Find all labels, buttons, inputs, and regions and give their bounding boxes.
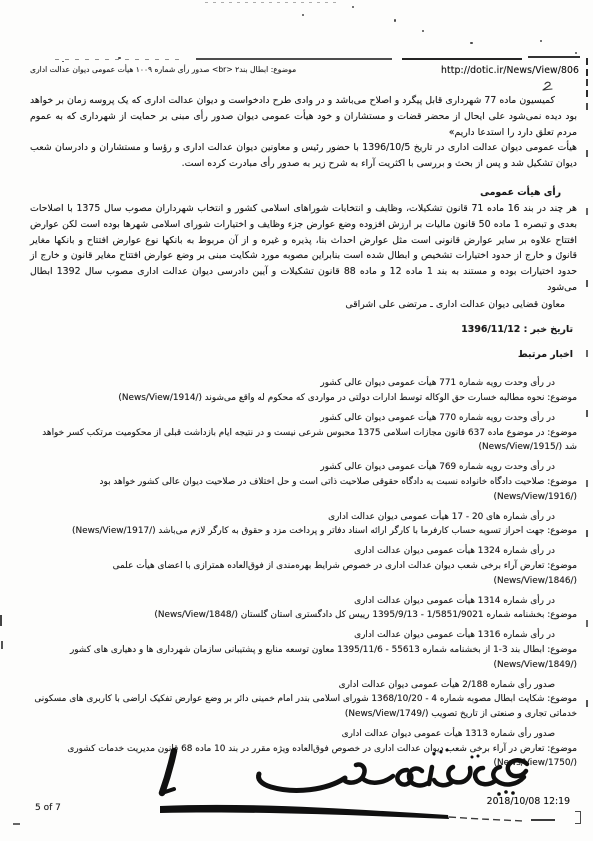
related-news-subject: موضوع: در موضوع ماده 637 قانون مجازات اس… [30, 426, 577, 456]
related-news-subject: موضوع: شکایت ابطال مصوبه شماره 4 - 1368/… [30, 692, 577, 722]
related-news-title: در رأی وحدت رویه شماره 771 هیأت عمومی دی… [30, 376, 577, 391]
related-news-title: در رأی شماره 1324 هیأت عمومی دیوان عدالت… [30, 544, 577, 559]
related-news-title: در رأی شماره های 20 - 17 هیأت عمومی دیوا… [30, 510, 577, 525]
related-news-title: در رأی وحدت رویه شماره 770 هیأت عمومی دی… [30, 411, 577, 426]
scan-speck [62, 61, 64, 62]
related-news-item: صدور رأی شماره 1313 هیأت عمومی دیوان عدا… [30, 727, 577, 771]
related-news-title: در رأی شماره 1316 هیأت عمومی دیوان عدالت… [30, 628, 577, 643]
related-news-subject: موضوع: ابطال بند 3-1 از بخشنامه شماره 55… [30, 643, 577, 673]
scan-speck [1, 641, 3, 649]
scan-dash-mark [531, 819, 555, 821]
source-url: http://dotic.ir/News/View/806 [441, 65, 579, 76]
scan-edge-dashes [586, 58, 588, 65]
scan-speck [422, 30, 424, 32]
related-news-list: در رأی وحدت رویه شماره 771 هیأت عمومی دی… [30, 376, 577, 771]
related-news-title: در رأی شماره 1314 هیأت عمومی دیوان عدالت… [30, 594, 577, 609]
related-news-heading: اخبار مرتبط [30, 347, 573, 363]
signature-line: معاون قضایی دیوان عدالت اداری ـ مرتضی عل… [30, 297, 565, 313]
related-news-item: در رأی شماره 1314 هیأت عمومی دیوان عدالت… [30, 594, 577, 624]
scan-speck [470, 42, 473, 44]
document-body: کمیسیون ماده 77 شهرداری قابل پیگرد و اصل… [30, 93, 577, 776]
related-news-item: در رأی شماره 1316 هیأت عمومی دیوان عدالت… [30, 628, 577, 672]
related-news-subject: موضوع: بخشنامه شماره 1/5851/9021 - 1395/… [30, 608, 577, 623]
scan-line-fragment [205, 2, 337, 3]
related-news-item: در رأی وحدت رویه شماره 771 هیأت عمومی دی… [30, 376, 577, 406]
scan-speck [352, 6, 354, 8]
verdict-paragraph: هر چند در بند 16 ماده 71 قانون تشکیلات، … [30, 201, 577, 296]
related-news-subject: موضوع: تعارض آراء برخی شعب دیوان عدالت ا… [30, 559, 577, 589]
news-date: تاریخ خبر : 1396/11/12 [30, 322, 573, 338]
page-header: موضوع: ابطال بند۲ <br> صدور رأی شماره ۱۰… [30, 65, 579, 76]
scan-timestamp: 2018/10/08 12:19 [487, 796, 570, 807]
scan-speck [540, 40, 542, 42]
scan-speck [560, 252, 562, 254]
related-news-subject: موضوع: نحوه مطالبه خسارت حق الوکاله توسط… [30, 391, 577, 406]
related-news-item: در رأی وحدت رویه شماره 770 هیأت عمومی دی… [30, 411, 577, 455]
scan-speck [302, 14, 304, 16]
related-news-subject: موضوع: تعارض در آراء برخی شعب دیوان عدال… [30, 742, 577, 772]
scan-speck [394, 19, 396, 22]
related-news-subject: موضوع: صلاحیت دادگاه خانواده نسبت به داد… [30, 475, 577, 505]
scan-line-fragment [196, 58, 392, 60]
document-subject-line: موضوع: ابطال بند۲ <br> صدور رأی شماره ۱۰… [30, 65, 296, 74]
scan-line-fragment [528, 56, 580, 58]
scanned-document-page: { "header": { "subject": "موضوع: ابطال ب… [0, 0, 593, 841]
related-news-title: در رأی وحدت رویه شماره 769 هیأت عمومی دی… [30, 460, 577, 475]
verdict-heading: رأی هیأت عمومی [30, 185, 561, 200]
related-news-item: صدور رأی شماره 2/188 هیأت عمومی دیوان عد… [30, 678, 577, 722]
related-news-subject: موضوع: جهت احراز تسویه حساب کارفرما با ک… [30, 524, 577, 539]
scan-speck [575, 52, 577, 54]
scan-bracket-mark [575, 811, 581, 824]
related-news-item: در رأی وحدت رویه شماره 769 هیأت عمومی دی… [30, 460, 577, 504]
page-indicator: 5 of 7 [35, 803, 61, 813]
scan-speck [13, 823, 20, 825]
related-news-item: در رأی شماره های 20 - 17 هیأت عمومی دیوا… [30, 510, 577, 540]
scan-speck [118, 57, 121, 59]
related-news-item: در رأی شماره 1324 هیأت عمومی دیوان عدالت… [30, 544, 577, 588]
related-news-title: صدور رأی شماره 1313 هیأت عمومی دیوان عدا… [30, 727, 577, 742]
session-paragraph: هیأت عمومی دیوان عدالت اداری در تاریخ 13… [30, 140, 577, 172]
scan-line-fragment [55, 59, 183, 60]
scan-speck [0, 615, 2, 626]
scan-line-fragment [402, 58, 522, 60]
related-news-title: صدور رأی شماره 2/188 هیأت عمومی دیوان عد… [30, 678, 577, 693]
complaint-paragraph: کمیسیون ماده 77 شهرداری قابل پیگرد و اصل… [30, 93, 577, 140]
